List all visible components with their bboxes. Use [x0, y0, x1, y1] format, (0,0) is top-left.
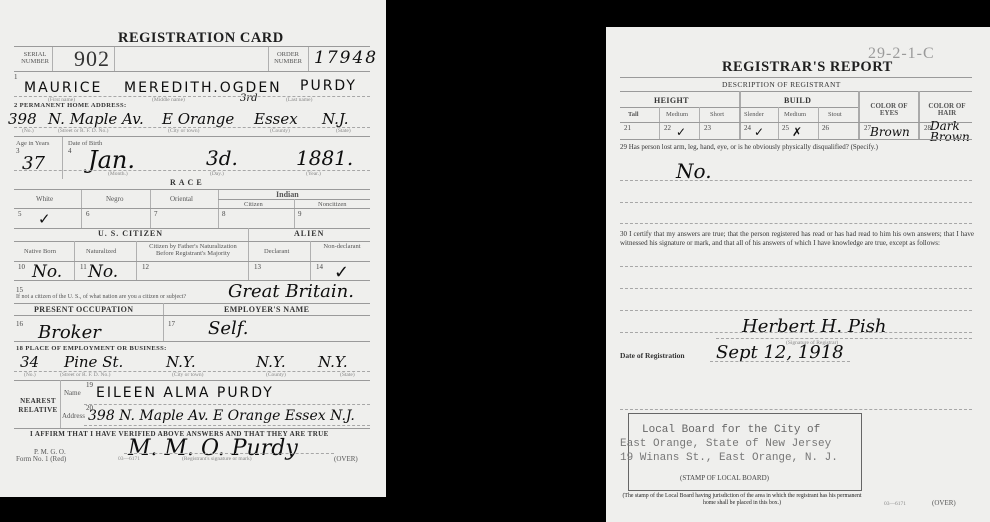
caption-street: (Street or R. F. D. No.) — [58, 128, 108, 134]
caption-state: (State) — [340, 372, 355, 378]
caption-day: (Day.) — [210, 171, 224, 177]
field-number: 10 — [18, 263, 25, 271]
registrar-signature: Herbert H. Pish — [742, 316, 887, 337]
middle-name-caption: (Middle name) — [152, 97, 185, 103]
native-born-value: No. — [32, 262, 62, 282]
home-address-no: 398 — [8, 110, 37, 128]
registrar-report-card: REGISTRAR'S REPORT 29-2-1-C DESCRIPTION … — [606, 27, 990, 522]
field-number: 26 — [822, 124, 829, 132]
last-name: PURDY — [300, 78, 357, 94]
caption-no: (No.) — [22, 128, 34, 134]
description-header: DESCRIPTION OF REGISTRANT — [722, 80, 841, 89]
stamp-line-2: East Orange, State of New Jersey — [620, 438, 831, 450]
field-number: 23 — [704, 124, 711, 132]
date-of-registration-label: Date of Registration — [620, 352, 685, 359]
height-col-short: Short — [710, 111, 724, 118]
field-number: 15 — [16, 286, 23, 294]
signature-caption: (Registrant's signature or mark) — [182, 456, 252, 462]
registration-card: REGISTRATION CARD SERIAL NUMBER 902 ORDE… — [0, 0, 386, 497]
employment-street: Pine St. — [64, 353, 123, 371]
height-header: HEIGHT — [654, 96, 689, 105]
employment-county: N.Y. — [256, 353, 286, 371]
order-number: 17948 — [314, 48, 378, 68]
date-of-registration-value: Sept 12, 1918 — [716, 342, 844, 363]
nearest-relative-label: NEAREST RELATIVE — [18, 397, 58, 415]
race-col-indian-noncitizen: Noncitizen — [318, 201, 347, 208]
question-30-text: I certify that my answers are true; that… — [620, 230, 974, 247]
field-number: 12 — [142, 263, 149, 271]
field-number: 22 — [664, 124, 671, 132]
build-col-medium: Medium — [784, 111, 806, 118]
field-number: 19 — [86, 381, 93, 389]
field-number: 30 — [620, 230, 627, 238]
col-declarant: Declarant — [264, 248, 289, 255]
question-30: 30 I certify that my answers are true; t… — [620, 230, 974, 247]
field-number: 29 — [620, 143, 627, 151]
caption-street: (Street or R. F. D. No.) — [60, 372, 110, 378]
employment-state: N.Y. — [318, 353, 348, 371]
height-medium-checkmark: ✓ — [676, 125, 686, 139]
build-medium-cross: ✗ — [792, 125, 802, 139]
field-number: 17 — [168, 320, 175, 328]
birth-day: 3d. — [206, 146, 238, 170]
occupation-value: Broker — [38, 322, 101, 343]
build-col-slender: Slender — [744, 111, 764, 118]
last-name-caption: (Last name) — [286, 97, 312, 103]
field-number: 21 — [624, 124, 631, 132]
employer-header: EMPLOYER'S NAME — [224, 305, 309, 314]
home-address-county: Essex — [254, 110, 298, 128]
field-number: 5 — [18, 210, 22, 218]
name-suffix: 3rd — [240, 93, 258, 104]
caption-state: (State) — [336, 128, 351, 134]
question-29: 29 Has person lost arm, leg, hand, eye, … — [620, 143, 974, 151]
field-number: 6 — [86, 210, 90, 218]
relative-name: EILEEN ALMA PURDY — [96, 385, 274, 401]
field-number: 1 — [14, 73, 18, 81]
over-label: (OVER) — [932, 500, 956, 507]
hair-header: COLOR OF HAIR — [922, 103, 972, 117]
relative-address-label: Address — [62, 413, 85, 420]
card-title: REGISTRATION CARD — [118, 30, 284, 47]
stamp-line-3: 19 Winans St., East Orange, N. J. — [620, 452, 838, 464]
home-address-street: N. Maple Av. — [48, 110, 144, 128]
home-address-state: N.J. — [322, 110, 349, 128]
race-indian-header: Indian — [276, 191, 299, 198]
order-label: ORDER NUMBER — [272, 51, 304, 65]
middle-name: MEREDITH.OGDEN — [124, 80, 282, 96]
alien-header: ALIEN — [294, 229, 324, 238]
field-number: 8 — [222, 210, 226, 218]
field-number: 3 — [16, 147, 20, 155]
relative-address: 398 N. Maple Av. E Orange Essex N.J. — [88, 408, 355, 424]
col-citizen-by-father: Citizen by Father's Naturalization Befor… — [142, 243, 244, 257]
build-col-stout: Stout — [828, 111, 842, 118]
stamp-line-1: Local Board for the City of — [642, 424, 820, 436]
caption-city: (City or town) — [172, 372, 203, 378]
age-label: Age in Years — [16, 140, 49, 147]
form-code: 03—6171 — [884, 501, 906, 507]
caption-city: (City or town) — [168, 128, 199, 134]
field-number: 11 — [80, 263, 87, 271]
over-label: (OVER) — [334, 456, 358, 463]
field-number: 16 — [16, 320, 23, 328]
field-number: 14 — [316, 263, 323, 271]
serial-label: SERIAL NUMBER — [18, 51, 52, 65]
field-number: 9 — [298, 210, 302, 218]
stamp-caption: (STAMP OF LOCAL BOARD) — [680, 475, 769, 482]
birth-year: 1881. — [296, 146, 353, 170]
field-number: 4 — [68, 147, 72, 155]
occupation-header: PRESENT OCCUPATION — [34, 305, 133, 314]
us-citizen-header: U. S. CITIZEN — [98, 229, 163, 238]
race-header: RACE — [170, 178, 205, 187]
nation-question: If not a citizen of the U. S., of what n… — [16, 294, 186, 301]
file-code: 29-2-1-C — [868, 45, 935, 63]
caption-county: (County) — [270, 128, 290, 134]
col-naturalized: Naturalized — [86, 248, 116, 255]
naturalized-value: No. — [88, 262, 118, 282]
field-number: 7 — [154, 210, 158, 218]
stamp-note: (The stamp of the Local Board having jur… — [622, 493, 862, 507]
relative-name-label: Name — [64, 390, 81, 397]
build-slender-checkmark: ✓ — [754, 125, 764, 139]
field-number: 13 — [254, 263, 261, 271]
question-29-text: Has person lost arm, leg, hand, eye, or … — [629, 143, 878, 151]
caption-county: (County) — [266, 372, 286, 378]
employment-no: 34 — [20, 353, 39, 371]
home-address-city: E Orange — [162, 110, 234, 128]
build-header: BUILD — [784, 96, 811, 105]
race-col-negro: Negro — [106, 196, 124, 203]
race-col-oriental: Oriental — [170, 196, 193, 203]
eye-color-value: Brown — [870, 125, 910, 139]
col-native-born: Native Born — [24, 248, 56, 255]
employment-city: N.Y. — [166, 353, 196, 371]
eyes-header: COLOR OF EYES — [864, 103, 914, 117]
field-number: 24 — [744, 124, 751, 132]
employer-value: Self. — [208, 318, 248, 339]
serial-number: 902 — [74, 46, 110, 72]
caption-month: (Month.) — [108, 171, 128, 177]
form-code: 03—6171 — [118, 456, 140, 462]
caption-no: (No.) — [24, 372, 36, 378]
form-number: Form No. 1 (Red) — [16, 456, 66, 463]
white-checkmark: ✓ — [38, 210, 51, 228]
race-col-white: White — [36, 196, 53, 203]
race-col-indian-citizen: Citizen — [244, 201, 263, 208]
employment-label: 18 PLACE OF EMPLOYMENT OR BUSINESS: — [16, 345, 167, 352]
field-number: 25 — [782, 124, 789, 132]
height-col-tall: Tall — [628, 111, 639, 118]
first-name: MAURICE — [24, 80, 102, 96]
height-col-medium: Medium — [666, 111, 688, 118]
col-nondeclarant: Non-declarant — [320, 243, 364, 250]
caption-year: (Year.) — [306, 171, 321, 177]
home-address-label: 2 PERMANENT HOME ADDRESS: — [14, 102, 127, 109]
nation-value: Great Britain. — [228, 281, 354, 302]
